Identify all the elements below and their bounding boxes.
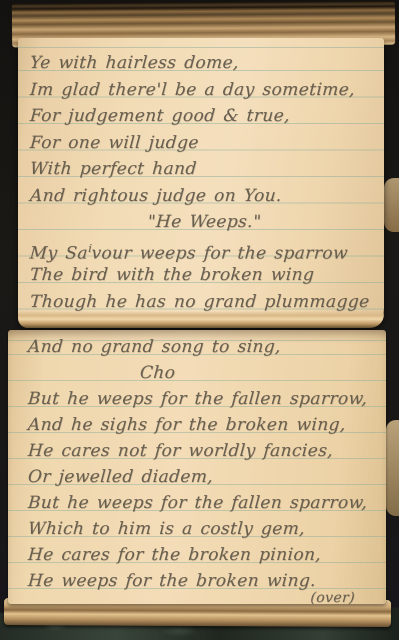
handwriting-top-page: Ye with hairless dome, Im glad there'l b…	[30, 50, 379, 315]
handwritten-line: Im glad there'l be a day sometime,	[29, 77, 380, 104]
handwritten-line: Which to him is a costly gem,	[27, 516, 376, 542]
chorus-label: Cho	[27, 360, 376, 386]
handwritten-line: Or jewelled diadem,	[27, 464, 376, 490]
line-text: My Sa	[29, 243, 89, 263]
handwriting-bottom-page: And no grand song to sing, Cho But he we…	[28, 334, 375, 606]
handwritten-line: With perfect hand	[29, 156, 380, 183]
handwritten-line: He cares for the broken pinion,	[27, 542, 376, 568]
handwritten-line: Though he has no grand plummagge	[29, 289, 380, 316]
line-text: vour weeps for the sparrow	[91, 243, 349, 263]
notebook-photo: Ye with hairless dome, Im glad there'l b…	[0, 0, 399, 640]
poem-title: "He Weeps."	[29, 209, 380, 236]
handwritten-line: The bird with the broken wing	[29, 262, 380, 289]
over-note: (over)	[27, 590, 375, 606]
page-edge-right-lower	[386, 420, 399, 516]
handwritten-line: For judgement good & true,	[29, 103, 380, 130]
handwritten-line: For one will judge	[29, 130, 380, 157]
handwritten-line: My Saivour weeps for the sparrow	[29, 236, 380, 263]
handwritten-line: Ye with hairless dome,	[29, 50, 380, 77]
handwritten-line: And no grand song to sing,	[27, 334, 376, 360]
page-edge-right-upper	[384, 178, 399, 232]
handwritten-line: But he weeps for the fallen sparrow,	[27, 386, 376, 412]
handwritten-line: And rightous judge on You.	[29, 183, 380, 210]
handwritten-line: But he weeps for the fallen sparrow,	[27, 490, 376, 516]
handwritten-line: He cares not for worldly fancies,	[27, 438, 376, 464]
handwritten-line: And he sighs for the broken wing,	[27, 412, 376, 438]
